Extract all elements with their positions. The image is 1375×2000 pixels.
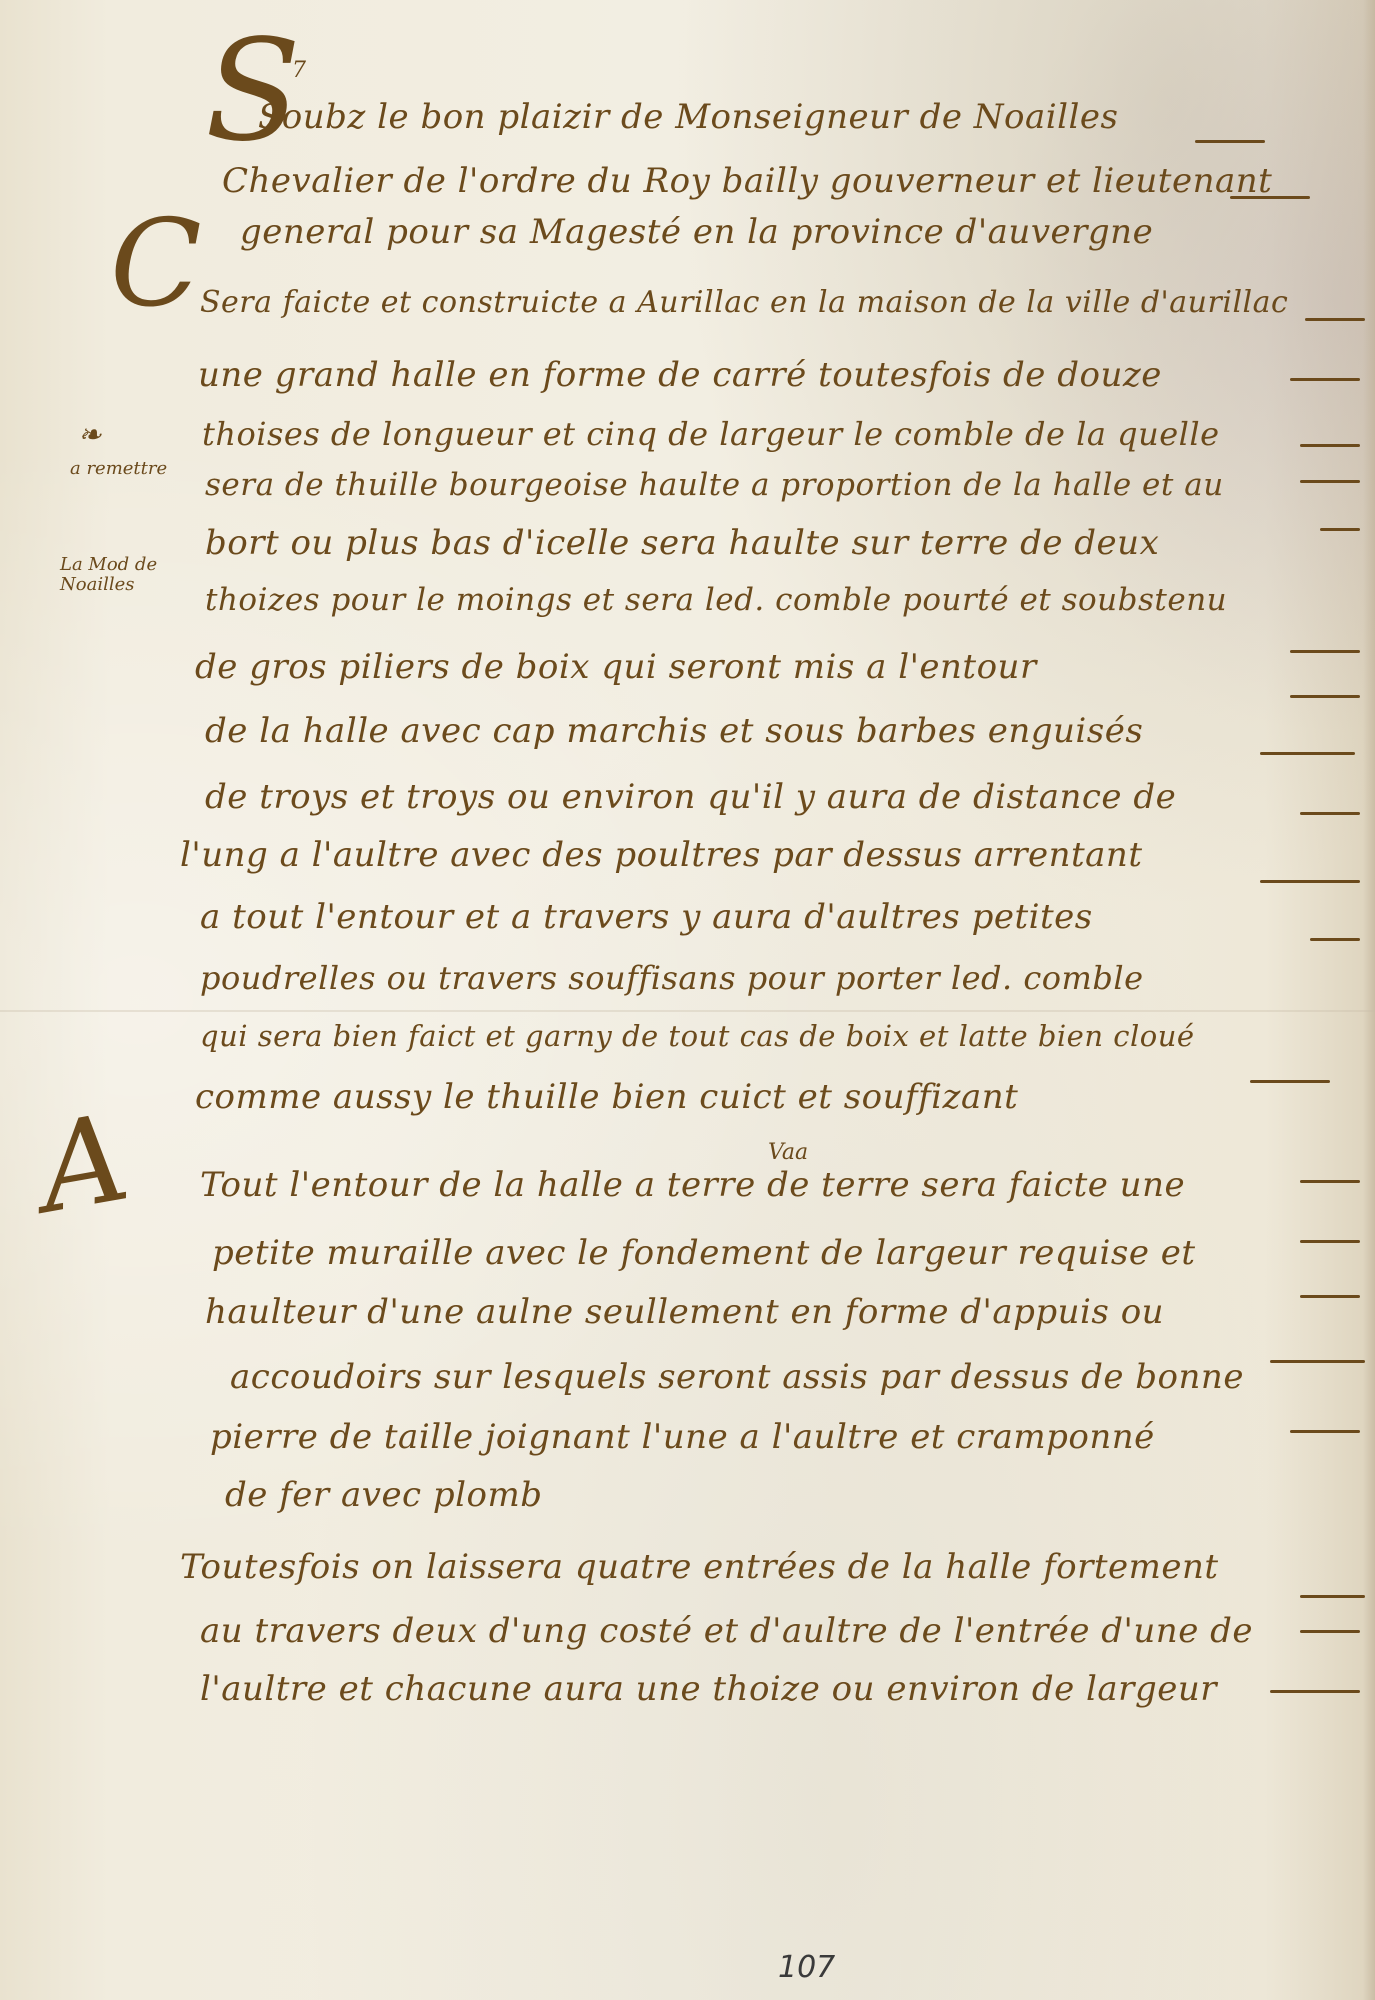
text-line-13: l'ung a l'aultre avec des poultres par d… — [180, 838, 1142, 872]
line-filler-stroke — [1300, 1630, 1360, 1633]
line-filler-stroke — [1260, 752, 1355, 755]
text-line-10: de gros piliers de boix qui seront mis a… — [195, 650, 1037, 684]
line-filler-stroke — [1290, 695, 1360, 698]
line-filler-stroke — [1300, 480, 1360, 483]
line-filler-stroke — [1300, 1180, 1360, 1183]
line-filler-stroke — [1290, 650, 1360, 653]
text-line-2: Chevalier de l'ordre du Roy bailly gouve… — [222, 164, 1272, 198]
line-filler-stroke — [1250, 1080, 1330, 1083]
line-filler-stroke — [1290, 378, 1360, 381]
text-line-17: comme aussy le thuille bien cuict et sou… — [195, 1080, 1018, 1114]
text-line-4: Sera faicte et construicte a Aurillac en… — [200, 288, 1288, 318]
text-line-22: pierre de taille joignant l'une a l'ault… — [210, 1420, 1155, 1454]
text-line-19: petite muraille avec le fondement de lar… — [212, 1236, 1196, 1270]
interlinear-correction: Vaa — [768, 1140, 808, 1165]
line-filler-stroke — [1270, 1690, 1360, 1693]
text-line-24: Toutesfois on laissera quatre entrées de… — [180, 1550, 1219, 1584]
text-line-6: thoises de longueur et cinq de largeur l… — [202, 418, 1220, 450]
text-line-26: l'aultre et chacune aura une thoize ou e… — [200, 1672, 1217, 1706]
line-filler-stroke — [1300, 444, 1360, 447]
line-filler-stroke — [1320, 528, 1360, 531]
text-line-1: Soubz le bon plaizir de Monseigneur de N… — [258, 100, 1118, 134]
text-line-7: sera de thuille bourgeoise haulte a prop… — [205, 470, 1224, 501]
decorative-initial-s: S — [205, 10, 301, 173]
margin-note-remettre: a remettre — [70, 458, 167, 479]
text-line-21: accoudoirs sur lesquels seront assis par… — [230, 1360, 1244, 1394]
text-line-3: general pour sa Magesté en la province d… — [240, 215, 1153, 249]
text-line-23: de fer avec plomb — [225, 1478, 543, 1512]
line-filler-stroke — [1195, 140, 1265, 143]
line-filler-stroke — [1300, 1240, 1360, 1243]
text-line-16: qui sera bien faict et garny de tout cas… — [200, 1022, 1195, 1051]
folio-number: 107 — [778, 1950, 835, 1985]
text-line-25: au travers deux d'ung costé et d'aultre … — [200, 1614, 1253, 1648]
line-filler-stroke — [1310, 938, 1360, 941]
text-line-18: Tout l'entour de la halle a terre de ter… — [200, 1168, 1185, 1202]
line-filler-stroke — [1300, 1295, 1360, 1298]
decorative-initial-c: C — [110, 195, 202, 334]
paper-fold — [0, 1010, 1375, 1012]
text-line-14: a tout l'entour et a travers y aura d'au… — [200, 900, 1093, 934]
margin-note-noailles: La Mod de Noailles — [60, 555, 190, 595]
text-line-5: une grand halle en forme de carré toutes… — [198, 358, 1162, 392]
text-line-20: haulteur d'une aulne seullement en forme… — [205, 1295, 1164, 1329]
line-filler-stroke — [1270, 1360, 1365, 1363]
line-filler-stroke — [1260, 880, 1360, 883]
text-line-9: thoizes pour le moings et sera led. comb… — [205, 585, 1227, 616]
margin-mark-icon: ❧ — [78, 418, 101, 451]
line-filler-stroke — [1300, 812, 1360, 815]
text-line-15: poudrelles ou travers souffisans pour po… — [200, 962, 1144, 994]
line-filler-stroke — [1290, 1430, 1360, 1433]
page-edge — [1363, 0, 1375, 2000]
text-line-12: de troys et troys ou environ qu'il y aur… — [205, 780, 1176, 814]
line-filler-stroke — [1300, 1595, 1365, 1598]
line-filler-stroke — [1230, 196, 1310, 199]
line-filler-stroke — [1305, 318, 1365, 321]
text-line-11: de la halle avec cap marchis et sous bar… — [205, 714, 1143, 748]
text-line-8: bort ou plus bas d'icelle sera haulte su… — [205, 526, 1159, 560]
